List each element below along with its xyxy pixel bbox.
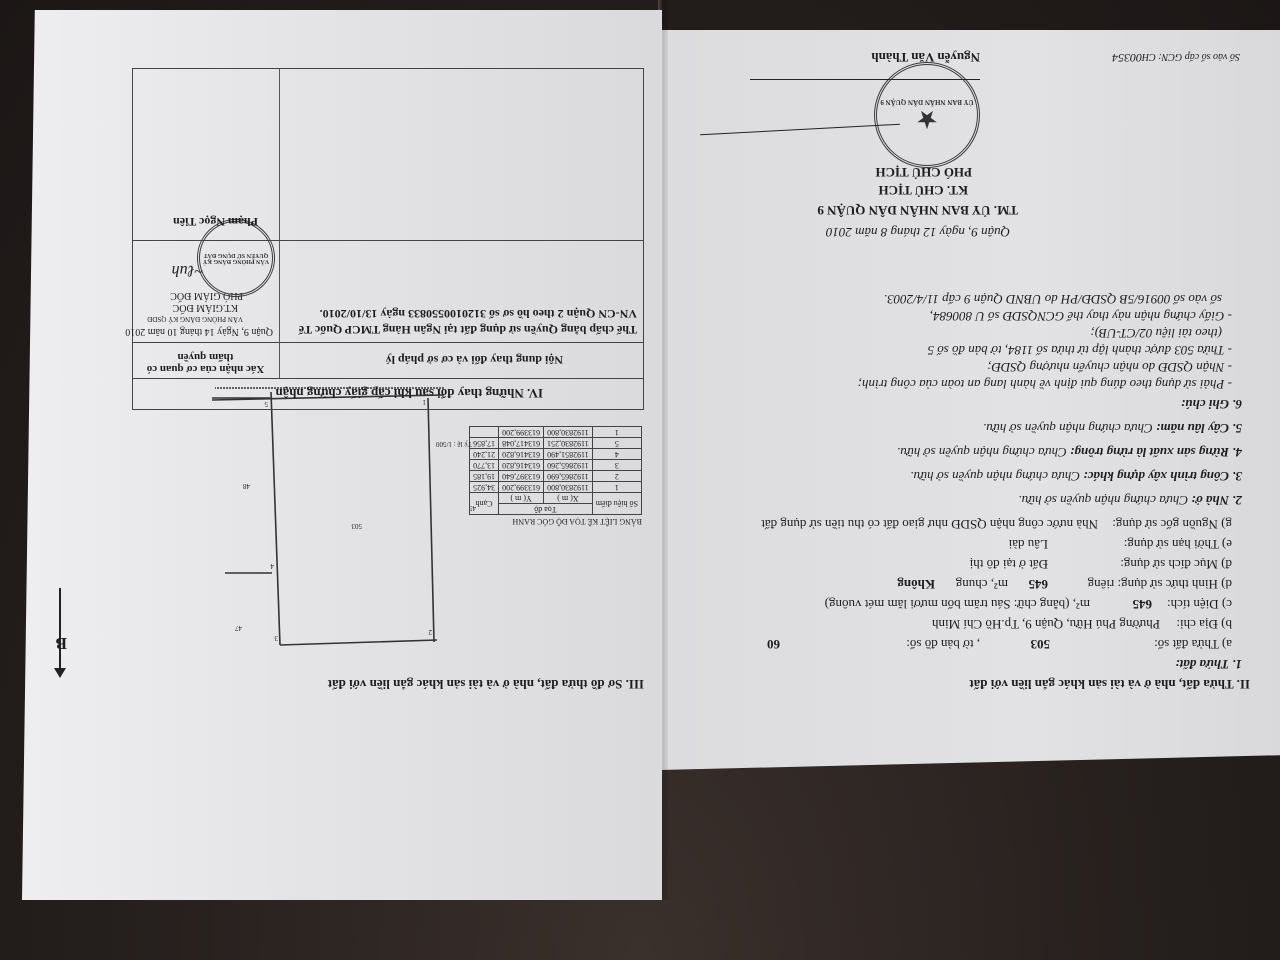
col-confirm-header: Xác nhận của cơ quan có thẩm quyền (143, 351, 268, 375)
origin-value: Nhà nước công nhận QSDĐ như giao đất có … (761, 516, 1098, 532)
area-label: c) Diện tích: (1167, 596, 1232, 612)
district-stamp: ★ ỦY BAN NHÂN DÂN QUẬN 9 (874, 62, 980, 168)
sign-date: Quận 9, ngày 12 tháng 8 năm 2010 (826, 224, 1010, 240)
coord-header-coords: Tọa độ (499, 504, 593, 515)
map-sheet-number: 60 (767, 636, 780, 652)
note-line: - Giấy chứng nhận này thay thế GCNQSDĐ s… (930, 308, 1232, 324)
coord-header-edge: Cạnh (470, 493, 499, 515)
purpose-label: đ) Mục đích sử dụng: (1120, 556, 1232, 572)
house-label: 2. Nhà ở: (1191, 493, 1242, 508)
signer-name: Nguyễn Văn Thành (871, 49, 980, 65)
parcel-label: a) Thửa đất số: (1154, 636, 1232, 652)
registry-stamp: VĂN PHÒNG ĐĂNG KÝ QUYỀN SỬ DỤNG ĐẤT (197, 219, 275, 297)
note-line: - Phải sử dụng theo đúng qui định về hàn… (858, 376, 1232, 392)
certificate-spread: II. Thửa đất, nhà ở và tài sản khác gắn … (0, 0, 1280, 960)
neighbor-47: 47 (235, 624, 242, 632)
usage-private-area: 645 (1029, 576, 1049, 592)
coord-row: 11192830,800613399,200 (470, 427, 642, 438)
address-value: Phường Phú Hữu, Quận 9, Tp.Hồ Chí Minh (932, 616, 1160, 632)
confirm-date: Quận 9, Ngày 14 tháng 10 năm 2010 (125, 326, 273, 337)
section-iv-title: IV. Những thay đổi sau khi cấp giấy chứn… (275, 385, 543, 401)
signature-stroke (700, 124, 900, 135)
parcel-label: 503 (352, 522, 363, 530)
sign-kt: KT. CHỦ TỊCH (879, 182, 968, 198)
scale-label: Tỷ lệ : 1/500 (436, 440, 472, 448)
construction-label: 3. Công trình xây dựng khác: (1083, 469, 1242, 484)
origin-label: g) Nguồn gốc sử dụng: (1112, 516, 1232, 532)
north-label: B (56, 633, 67, 653)
coord-header-point: Số hiệu điểm (592, 493, 641, 515)
address-label: b) Địa chỉ: (1176, 616, 1232, 632)
register-number: 00354 (1112, 51, 1142, 65)
col-content-header: Nội dung thay đổi và cơ sở pháp lý (386, 352, 563, 367)
purpose-value: Đất ở tại đô thị (970, 556, 1048, 572)
signature-stroke-2 (750, 79, 980, 80)
parcel-number: 503 (1031, 636, 1051, 652)
construction-value: Chưa chứng nhận quyền sở hữu. (910, 469, 1080, 484)
area-words: m², (bằng chữ: Sáu trăm bốn mươi lăm mét… (825, 596, 1090, 612)
note-line: (theo tài liệu 02/CT-UB); (1090, 325, 1222, 341)
term-value: Lâu dài (1009, 536, 1048, 552)
confirm-kt: KT.GIÁM ĐỐC (173, 302, 238, 313)
entry-content-1: Thế chấp bằng Quyền sử dụng đất tại Ngân… (299, 322, 637, 337)
col-divider (279, 69, 280, 378)
confirm-signature: ~ℓuh (172, 261, 203, 279)
map-sheet-label: , tờ bản đồ số: (906, 636, 980, 652)
vertex-3: 3 (275, 634, 279, 642)
coord-header-x: X( m ) (544, 493, 593, 504)
section-ii-sub1: 1. Thửa đất: (1175, 656, 1242, 672)
note-line: - Thửa 503 được thành lập từ thửa số 118… (927, 342, 1232, 358)
notes-label: 6. Ghi chú: (1181, 396, 1242, 412)
entry-content-2: VN-CN Quận 2 theo hồ sơ số 3120100550833… (320, 307, 637, 321)
coord-header-y: Y( m ) (499, 493, 544, 504)
vertex-2: 2 (429, 628, 433, 636)
coord-row: 11192830,800613399,20034,925 (470, 482, 642, 493)
forest-label: 4. Rừng sản xuất là rừng trồng: (1070, 445, 1242, 460)
coord-row: 51192830,251613417,04817,856 (470, 438, 642, 449)
coord-table: Số hiệu điểm Tọa độ Cạnh X( m ) Y( m ) 1… (469, 426, 642, 515)
section-ii-title: II. Thửa đất, nhà ở và tài sản khác gắn … (969, 676, 1250, 692)
coord-row: 31192865,260613416,82013,770 (470, 460, 642, 471)
register-label: Số vào sổ cấp GCN: CH (1142, 51, 1240, 62)
usage-shared-value: Không (897, 576, 935, 592)
sign-org: TM. ỦY BAN NHÂN DÂN QUẬN 9 (817, 202, 1018, 218)
coord-row: 41192851,490613416,82021,240 (470, 449, 642, 460)
changes-table: IV. Những thay đổi sau khi cấp giấy chứn… (132, 68, 644, 410)
coord-table-caption: BẢNG LIỆT KÊ TỌA ĐỘ GÓC RANH (513, 517, 642, 526)
vertex-4: 4 (271, 562, 275, 570)
usage-form-label: d) Hình thức sử dụng: riêng (1088, 576, 1232, 592)
page-right: III. Sơ đồ thửa đất, nhà ở và tài sản kh… (22, 10, 662, 900)
changes-title-row: IV. Những thay đổi sau khi cấp giấy chứn… (133, 378, 643, 409)
changes-header-row: Nội dung thay đổi và cơ sở pháp lý Xác n… (133, 342, 643, 378)
coord-row: 21192865,690613397,64019,185 (470, 471, 642, 482)
house-value: Chưa chứng nhận quyền sở hữu. (1018, 493, 1188, 508)
confirm-signer: Phạm Ngọc Tiên (173, 214, 258, 229)
note-line: - Nhận QSDĐ do nhận chuyển nhượng QSDĐ; (987, 359, 1232, 375)
area-value: 645 (1133, 596, 1153, 612)
note-line: số vào sổ 00916/5B QSDĐ/PH do UBND Quận … (884, 291, 1222, 307)
neighbor-48: 48 (243, 482, 250, 490)
page-left: II. Thửa đất, nhà ở và tài sản khác gắn … (660, 30, 1280, 770)
perennial-value: Chưa chứng nhận quyền sở hữu. (983, 421, 1153, 436)
usage-shared-label: m², chung (956, 576, 1008, 592)
forest-value: Chưa chứng nhận quyền sở hữu. (897, 445, 1067, 460)
confirm-office: VĂN PHÒNG ĐĂNG KÝ QSDĐ (147, 315, 243, 323)
term-label: e) Thời hạn sử dụng: (1124, 536, 1232, 552)
perennial-label: 5. Cây lâu năm: (1156, 421, 1242, 436)
stamp-star-icon: ★ (917, 106, 937, 132)
